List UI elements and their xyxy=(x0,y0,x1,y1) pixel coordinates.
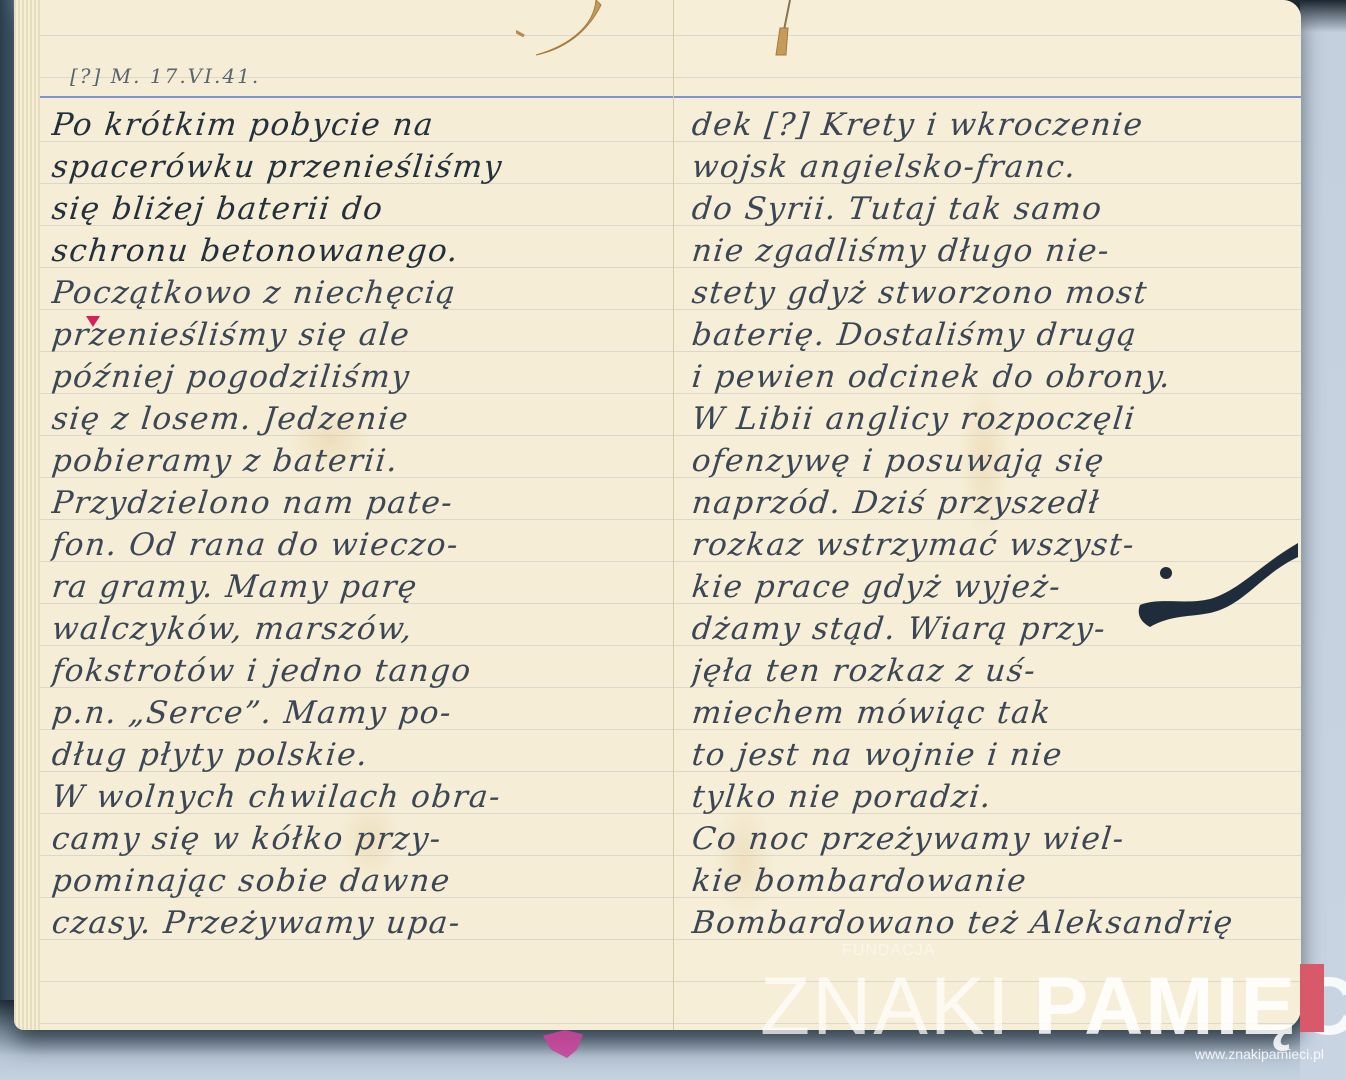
text-line: Przydzielono nam pate- xyxy=(50,482,666,524)
notebook-spread: [?] M. 17.VI.41. Po krótkim pobycie na s… xyxy=(14,0,1301,1030)
dried-leaf-icon xyxy=(516,0,666,70)
text-line: Po krótkim pobycie na xyxy=(50,104,666,146)
watermark-url: www.znakipamieci.pl xyxy=(1195,1046,1324,1062)
text-line: ra gramy. Mamy parę xyxy=(50,566,666,608)
text-line: przenieśliśmy się ale xyxy=(50,314,666,356)
tassel-icon xyxy=(770,0,800,60)
watermark-red-bar xyxy=(1300,964,1324,1032)
text-line: Bombardowano też Aleksandrię xyxy=(690,902,1293,944)
text-line: kie bombardowanie xyxy=(690,860,1293,902)
text-line: później pogodziliśmy xyxy=(50,356,666,398)
text-line: naprzód. Dziś przyszedł xyxy=(690,482,1293,524)
right-page-text: dek [?] Krety i wkroczenie wojsk angiels… xyxy=(692,104,1291,944)
text-line: jęła ten rozkaz z uś- xyxy=(690,650,1293,692)
text-line: wojsk angielsko-franc. xyxy=(690,146,1293,188)
text-line: fon. Od rana do wieczo- xyxy=(50,524,666,566)
text-line: ofenzywę i posuwają się xyxy=(690,440,1293,482)
text-line: tylko nie poradzi. xyxy=(690,776,1293,818)
text-line: stety gdyż stworzono most xyxy=(690,272,1293,314)
watermark-logo: ZNAKI PAMIĘCI xyxy=(760,958,1346,1048)
text-line: W wolnych chwilach obra- xyxy=(50,776,666,818)
text-line: miechem mówiąc tak xyxy=(690,692,1293,734)
text-line: walczyków, marszów, xyxy=(50,608,666,650)
page-edges xyxy=(14,0,40,1030)
header-margin-line xyxy=(674,96,1301,98)
text-line: baterię. Dostaliśmy drugą xyxy=(690,314,1293,356)
date-header: [?] M. 17.VI.41. xyxy=(70,64,260,88)
scan-background-right xyxy=(1300,0,1346,1080)
text-line: Co noc przeżywamy wiel- xyxy=(690,818,1293,860)
red-ink-mark xyxy=(86,316,100,327)
text-line: nie zgadliśmy długo nie- xyxy=(690,230,1293,272)
text-line: to jest na wojnie i nie xyxy=(690,734,1293,776)
text-line: pobieramy z baterii. xyxy=(50,440,666,482)
text-line: fokstrotów i jedno tango xyxy=(50,650,666,692)
text-line: dek [?] Krety i wkroczenie xyxy=(690,104,1293,146)
text-line: się bliżej baterii do xyxy=(50,188,666,230)
watermark-word-znaki: ZNAKI xyxy=(760,966,1011,1048)
text-line: czasy. Przeżywamy upa- xyxy=(50,902,666,944)
text-line: się z losem. Jedzenie xyxy=(50,398,666,440)
text-line: pominając sobie dawne xyxy=(50,860,666,902)
left-page-text: Po krótkim pobycie na spacerówku przenie… xyxy=(52,104,664,944)
text-line: dług płyty polskie. xyxy=(50,734,666,776)
text-line: schronu betonowanego. xyxy=(50,230,666,272)
header-margin-line xyxy=(40,96,674,98)
text-line: Początkowo z niechęcią xyxy=(50,272,666,314)
text-line: camy się w kółko przy- xyxy=(50,818,666,860)
left-page: [?] M. 17.VI.41. Po krótkim pobycie na s… xyxy=(40,0,674,1030)
text-line: spacerówku przenieśliśmy xyxy=(50,146,666,188)
text-line: p.n. „Serce”. Mamy po- xyxy=(50,692,666,734)
right-page: dek [?] Krety i wkroczenie wojsk angiels… xyxy=(674,0,1301,1030)
text-line: i pewien odcinek do obrony. xyxy=(690,356,1293,398)
text-line: do Syrii. Tutaj tak samo xyxy=(690,188,1293,230)
text-line: W Libii anglicy rozpoczęli xyxy=(690,398,1293,440)
ink-blot-icon xyxy=(1130,535,1300,635)
